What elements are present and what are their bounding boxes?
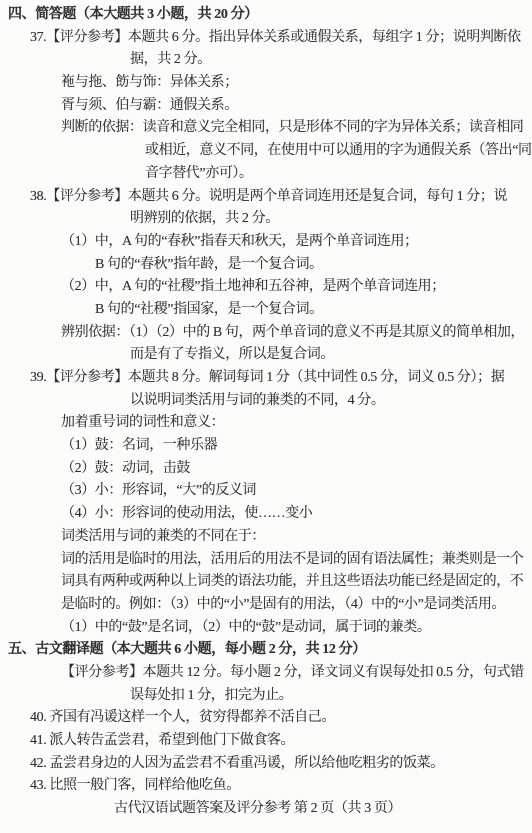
doc-line: 而是有了专指义，所以是复合词。 bbox=[0, 344, 532, 367]
doc-line: （4）小：形容词的使动用法，使……变小 bbox=[0, 503, 532, 526]
item-37-scoring-note: 37.【评分参考】本题共 6 分。指出异体关系或通假关系，每组字 1 分；说明判… bbox=[0, 27, 532, 50]
doc-line: 加着重号词的词性和意义： bbox=[0, 412, 532, 435]
doc-line: 胥与须、伯与霸：通假关系。 bbox=[0, 95, 532, 118]
doc-line: （1）鼓：名词，一种乐器 bbox=[0, 435, 532, 458]
item-39-scoring-note: 39.【评分参考】本题共 8 分。解词每词 1 分（其中词性 0.5 分，词义 … bbox=[0, 367, 532, 390]
doc-line: 或相近，意义不同，在使用中可以通用的字为通假关系（答出“同 bbox=[0, 140, 532, 163]
item-38-scoring-note: 38.【评分参考】本题共 6 分。说明是两个单音词连用还是复合词，每句 1 分；… bbox=[0, 186, 532, 209]
doc-line: 据，共 2 分。 bbox=[0, 49, 532, 72]
scanned-answer-sheet-page: 四、简答题（本大题共 3 小题，共 20 分） 37.【评分参考】本题共 6 分… bbox=[0, 0, 532, 833]
item-41-answer: 41. 派人转告孟尝君，希望到他门下做食客。 bbox=[0, 730, 532, 753]
section-heading-4: 四、简答题（本大题共 3 小题，共 20 分） bbox=[0, 4, 532, 27]
doc-line: 明辨别的依据，共 2 分。 bbox=[0, 208, 532, 231]
doc-line: 辨别依据：（1）（2）中的 B 句，两个单音词的意义不再是其原义的简单相加， bbox=[0, 322, 532, 345]
page-footer: 古代汉语试题答案及评分参考 第 2 页（共 3 页） bbox=[0, 798, 532, 821]
item-42-answer: 42. 孟尝君身边的人因为孟尝君不看重冯谖，所以给他吃粗劣的饭菜。 bbox=[0, 753, 532, 776]
doc-line: （2）鼓：动词，击鼓 bbox=[0, 458, 532, 481]
doc-line: 是临时的。例如：（3）中的“小”是固有的用法，（4）中的“小”是词类活用。 bbox=[0, 594, 532, 617]
doc-line: 词类活用与词的兼类的不同在于： bbox=[0, 526, 532, 549]
item-43-answer: 43. 比照一般门客，同样给他吃鱼。 bbox=[0, 775, 532, 798]
doc-line: B 句的“社稷”指国家，是一个复合词。 bbox=[0, 299, 532, 322]
doc-line: （1）中的“鼓”是名词，（2）中的“鼓”是动词，属于词的兼类。 bbox=[0, 617, 532, 640]
doc-line: 词的活用是临时的用法，活用后的用法不是词的固有语法属性；兼类则是一个 bbox=[0, 549, 532, 572]
doc-line: （2）中，A 句的“社稷”指土地神和五谷神，是两个单音词连用； bbox=[0, 276, 532, 299]
item-40-answer: 40. 齐国有冯谖这样一个人，贫穷得都养不活自己。 bbox=[0, 707, 532, 730]
section-heading-5: 五、古文翻译题（本大题共 6 小题，每小题 2 分，共 12 分） bbox=[0, 639, 532, 662]
doc-line: 袘与拖、飭与饰：异体关系； bbox=[0, 72, 532, 95]
doc-line: B 句的“春秋”指年龄，是一个复合词。 bbox=[0, 254, 532, 277]
doc-line: 判断的依据：读音和意义完全相同，只是形体不同的字为异体关系；读音相同 bbox=[0, 117, 532, 140]
doc-line: 以说明词类活用与词的兼类的不同，4 分。 bbox=[0, 390, 532, 413]
section-5-scoring-note: 【评分参考】本题共 12 分。每小题 2 分，译文词义有误每处扣 0.5 分，句… bbox=[0, 662, 532, 685]
doc-line: 误每处扣 1 分，扣完为止。 bbox=[0, 685, 532, 708]
doc-line: （3）小：形容词，“大”的反义词 bbox=[0, 480, 532, 503]
doc-line: 词具有两种或两种以上词类的语法功能，并且这些语法功能已经是固定的，不 bbox=[0, 571, 532, 594]
doc-line: 音字替代”亦可）。 bbox=[0, 163, 532, 186]
doc-line: （1）中，A 句的“春秋”指春天和秋天，是两个单音词连用； bbox=[0, 231, 532, 254]
